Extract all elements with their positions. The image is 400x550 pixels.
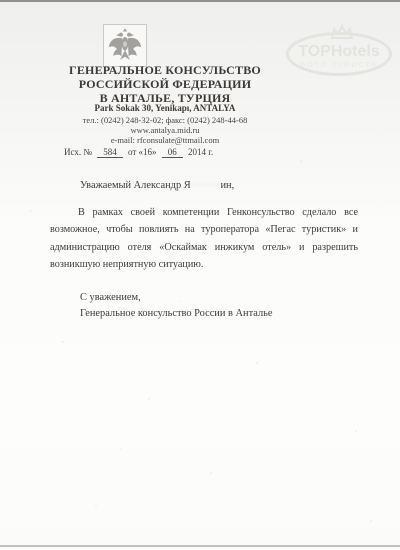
- watermark-subtitle: ФОТО ТУРИСТА: [286, 62, 392, 69]
- double-headed-eagle-icon: [107, 27, 143, 64]
- redacted-name: ······: [191, 180, 221, 191]
- ref-date-middle: от «16»: [128, 147, 157, 157]
- salutation-suffix: ин,: [220, 180, 234, 191]
- letter-body-paragraph: В рамках своей компетенции Генконсульств…: [50, 204, 358, 274]
- ref-month: 06: [162, 147, 183, 158]
- salutation-prefix: Уважаемый Александр Я: [80, 180, 191, 191]
- org-line-2: РОССИЙСКОЙ ФЕДЕРАЦИИ: [30, 77, 300, 91]
- salutation-line: Уважаемый Александр Я······ин,: [80, 180, 234, 191]
- letterhead-emblem-box: [103, 24, 147, 67]
- scan-top-edge: [0, 0, 400, 2]
- letterhead-contacts: тел.: (0242) 248-32-02; факс: (0242) 248…: [30, 116, 300, 145]
- scan-noise: [0, 0, 2, 2]
- ref-number: 584: [97, 147, 123, 158]
- scanned-letter-page: TOPHotels ФОТО ТУРИСТА ГЕНЕРАЛЬНОЕ КОНСУ…: [0, 0, 400, 550]
- closing-block: С уважением, Генеральное консульство Рос…: [80, 290, 273, 322]
- ref-prefix: Исх. №: [64, 147, 92, 157]
- letterhead-street-address: Park Sokak 30, Yenikapı, ANTALYA: [30, 103, 300, 113]
- watermark: TOPHotels ФОТО ТУРИСТА: [286, 24, 398, 82]
- closing-salute: С уважением,: [80, 290, 273, 306]
- email-line: e-mail: rfconsulate@ttmail.com: [30, 136, 300, 146]
- org-line-1: ГЕНЕРАЛЬНОЕ КОНСУЛЬСТВО: [30, 63, 300, 77]
- scan-bottom-edge: [0, 545, 400, 547]
- reference-number-line: Исх. № 584 от «16» 06 2014 г.: [64, 147, 213, 158]
- crown-icon: [330, 24, 354, 40]
- closing-signature: Генеральное консульство России в Анталье: [80, 306, 273, 322]
- letterhead-org-name: ГЕНЕРАЛЬНОЕ КОНСУЛЬСТВО РОССИЙСКОЙ ФЕДЕР…: [30, 63, 300, 105]
- ref-year: 2014 г.: [188, 147, 213, 157]
- watermark-brand: TOPHotels: [286, 43, 392, 61]
